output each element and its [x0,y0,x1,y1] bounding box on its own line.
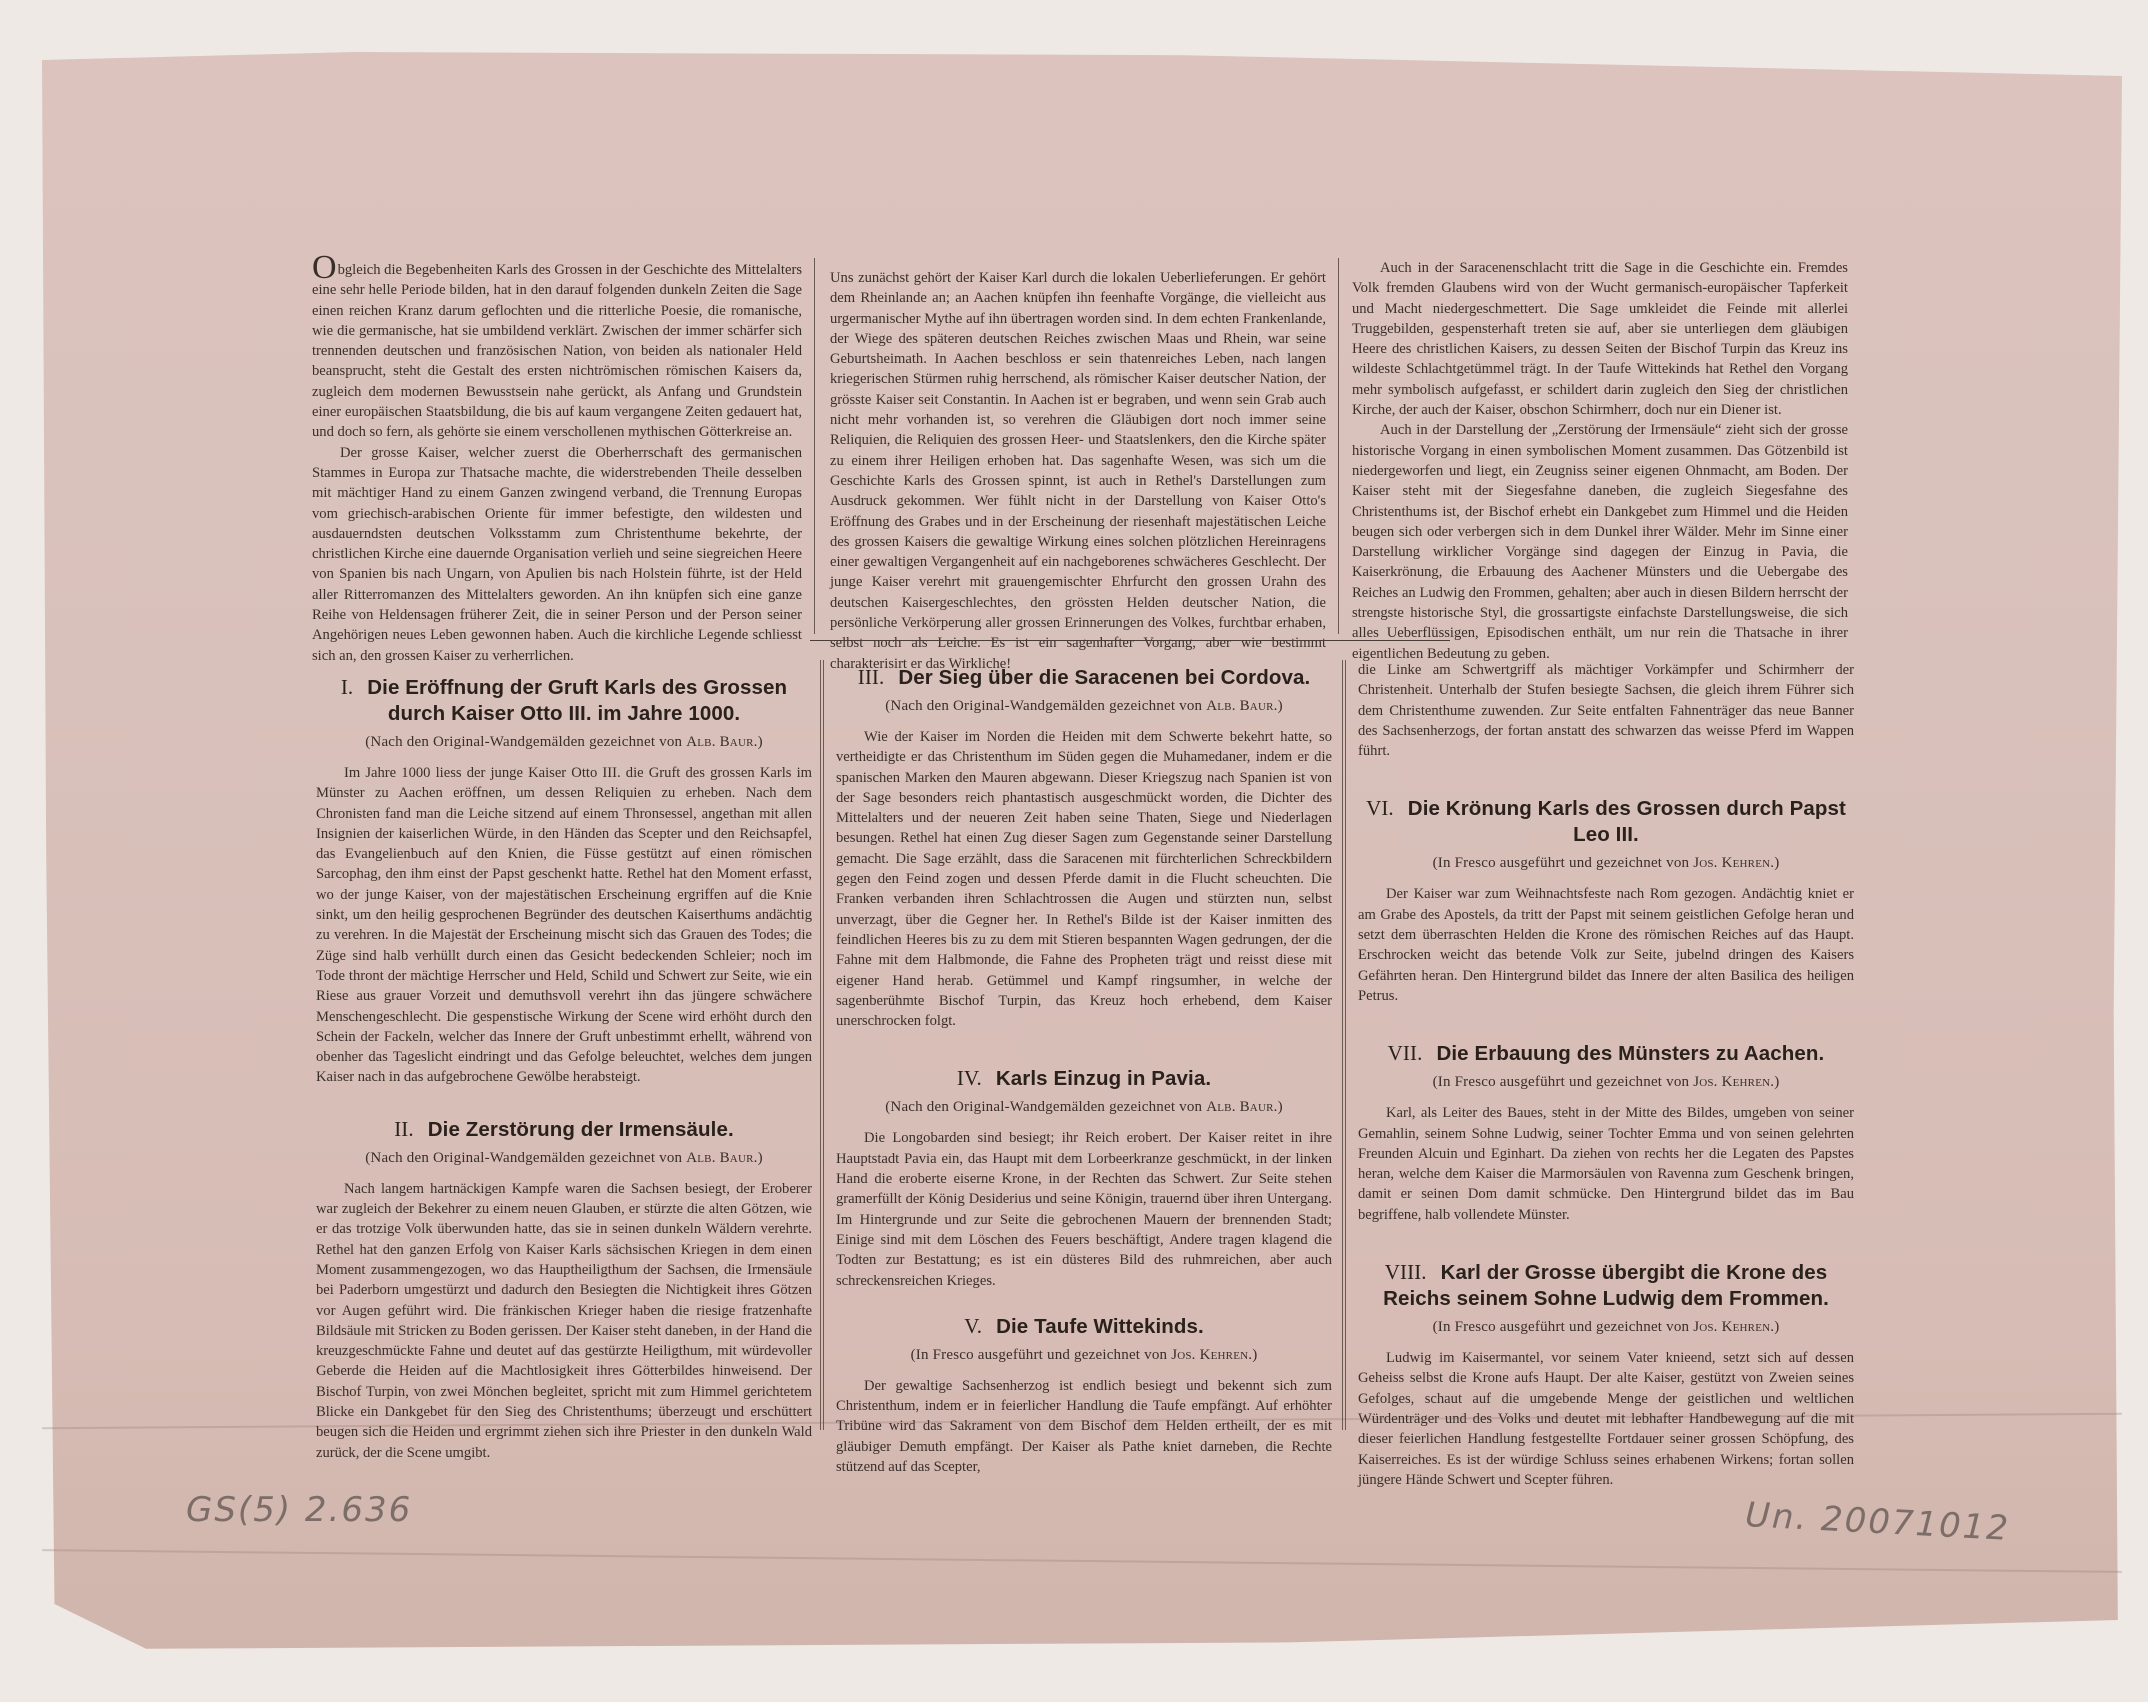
column-divider [814,258,815,634]
section-credit: (In Fresco ausgeführt und gezeichnet von… [836,1344,1332,1366]
section-IV: IV.Karls Einzug in Pavia. (Nach den Orig… [836,1065,1332,1290]
section-credit: (In Fresco ausgeführt und gezeichnet von… [1358,1316,1854,1338]
column-divider [1338,258,1339,634]
intro-paragraph: Auch in der Darstellung der „Zerstörung … [1352,420,1848,664]
intro-paragraph: Auch in der Saracenenschlacht tritt die … [1352,258,1848,420]
intro-paragraph: Obgleich die Begebenheiten Karls des Gro… [312,258,802,443]
section-heading: VI.Die Krönung Karls des Grossen durch P… [1358,795,1854,848]
lower-column-1: I.Die Eröffnung der Gruft Karls des Gros… [316,674,812,1463]
section-text: Die Longobarden sind besiegt; ihr Reich … [836,1128,1332,1290]
section-VI: VI.Die Krönung Karls des Grossen durch P… [1358,795,1854,1006]
section-II: II.Die Zerstörung der Irmensäule. (Nach … [316,1116,812,1463]
intro-paragraph: Uns zunächst gehört der Kaiser Karl durc… [830,268,1326,674]
column-divider [820,660,824,1430]
section-credit: (Nach den Original-Wandgemälden gezeichn… [316,1147,812,1169]
section-text: Ludwig im Kaisermantel, vor seinem Vater… [1358,1348,1854,1490]
section-V-continuation: die Linke am Schwertgriff als mächtiger … [1358,660,1854,761]
section-credit: (In Fresco ausgeführt und gezeichnet von… [1358,1071,1854,1093]
section-I: I.Die Eröffnung der Gruft Karls des Gros… [316,674,812,1088]
section-text: Im Jahre 1000 liess der junge Kaiser Ott… [316,763,812,1088]
intro-column-3: Auch in der Saracenenschlacht tritt die … [1352,258,1848,664]
section-III: III.Der Sieg über die Saracenen bei Cord… [836,664,1332,1031]
drop-cap: O [312,249,337,286]
section-VIII: VIII.Karl der Grosse übergibt die Krone … [1358,1259,1854,1490]
section-heading: VII.Die Erbauung des Münsters zu Aachen. [1358,1040,1854,1067]
column-divider [1342,660,1346,1430]
section-credit: (Nach den Original-Wandgemälden gezeichn… [836,695,1332,717]
section-text: Der gewaltige Sachsenherzog ist endlich … [836,1376,1332,1477]
section-text: Der Kaiser war zum Weihnachtsfeste nach … [1358,884,1854,1006]
section-text: Nach langem hartnäckigen Kampfe waren di… [316,1179,812,1463]
handwritten-shelfmark: GS(5) 2.636 [186,1490,412,1530]
section-heading: II.Die Zerstörung der Irmensäule. [316,1116,812,1143]
section-heading: III.Der Sieg über die Saracenen bei Cord… [836,664,1332,691]
section-credit: (Nach den Original-Wandgemälden gezeichn… [316,731,812,753]
section-heading: V.Die Taufe Wittekinds. [836,1313,1332,1340]
section-VII: VII.Die Erbauung des Münsters zu Aachen.… [1358,1040,1854,1225]
intro-column-2: Uns zunächst gehört der Kaiser Karl durc… [830,268,1326,674]
section-V: V.Die Taufe Wittekinds. (In Fresco ausge… [836,1313,1332,1477]
intro-paragraph: Der grosse Kaiser, welcher zuerst die Ob… [312,443,802,666]
lower-column-2: III.Der Sieg über die Saracenen bei Cord… [836,664,1332,1477]
section-heading: IV.Karls Einzug in Pavia. [836,1065,1332,1092]
intro-column-1: Obgleich die Begebenheiten Karls des Gro… [312,258,802,666]
section-heading: I.Die Eröffnung der Gruft Karls des Gros… [316,674,812,727]
section-heading: VIII.Karl der Grosse übergibt die Krone … [1358,1259,1854,1312]
section-credit: (Nach den Original-Wandgemälden gezeichn… [836,1096,1332,1118]
horizontal-rule [810,640,1450,641]
section-text: Wie der Kaiser im Norden die Heiden mit … [836,727,1332,1031]
section-text: Karl, als Leiter des Baues, steht in der… [1358,1103,1854,1225]
section-credit: (In Fresco ausgeführt und gezeichnet von… [1358,852,1854,874]
lower-column-3: die Linke am Schwertgriff als mächtiger … [1358,660,1854,1490]
